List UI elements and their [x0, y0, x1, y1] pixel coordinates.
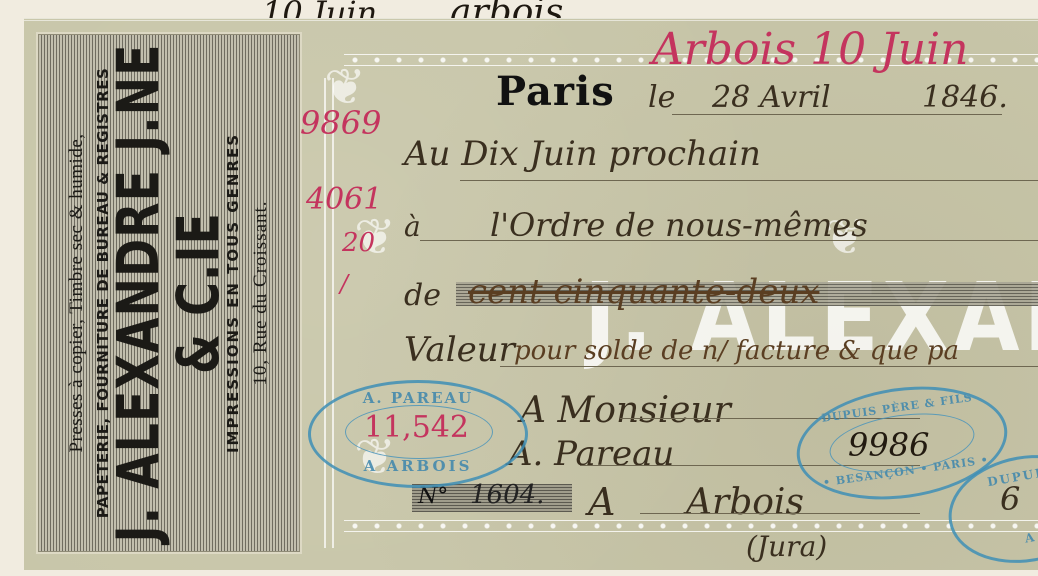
addressee-salutation: A Monsieur: [520, 390, 731, 431]
city-heading: Paris: [496, 68, 615, 115]
order-rule: [420, 240, 1038, 241]
date-value: 28 Avril: [712, 80, 831, 115]
margin-number-2: 4061: [306, 182, 382, 217]
margin-number-3: 20: [342, 228, 375, 258]
margin-number-4: /: [340, 270, 348, 298]
addressee-city-prefix: A: [588, 480, 615, 524]
pareau-stamp-handwritten: 11,542: [364, 410, 469, 445]
city-rule: [640, 513, 920, 514]
amount-in-words: cent cinquante-deux: [468, 272, 819, 312]
partial-stamp-bottom-text: A: [956, 518, 1038, 558]
pareau-stamp-top-text: A. PAREAU: [311, 389, 525, 407]
left-vertical-rule-2: [332, 78, 334, 548]
order-line: l'Ordre de nous-mêmes: [490, 206, 868, 244]
addressee-name: A. Pareau: [508, 434, 674, 474]
due-date-line: Au Dix Juin prochain: [404, 134, 761, 174]
value-rule: [500, 366, 1038, 367]
pareau-stamp-bottom-text: A ARBOIS: [311, 457, 525, 475]
date-year: 1846.: [922, 80, 1008, 115]
panel-address: 10, Rue du Croissant.: [250, 200, 272, 385]
dupuis-stamp-handwritten: 9986: [848, 426, 929, 464]
panel-line-presses: Presses à copier, Timbre sec & humide,: [66, 133, 88, 452]
date-rule: [672, 114, 1002, 115]
number-value: 1604.: [470, 480, 544, 510]
value-prefix: Valeur: [404, 330, 515, 370]
printer-panel: Presses à copier, Timbre sec & humide, P…: [36, 32, 302, 554]
order-prefix: à: [404, 210, 421, 243]
addressee-city: Arbois: [686, 482, 804, 523]
panel-company-name: J. ALEXANDRE J.NE & C.IE: [108, 43, 229, 543]
date-prefix: le: [648, 80, 675, 115]
addressee-region: (Jura): [746, 530, 827, 563]
left-vertical-rule: [324, 78, 326, 548]
due-date-rule: [460, 180, 1038, 181]
red-annotation: Arbois 10 Juin: [652, 24, 968, 75]
printer-panel-text: Presses à copier, Timbre sec & humide, P…: [49, 43, 289, 543]
margin-number-1: 9869: [300, 104, 381, 142]
value-description: pour solde de n/ facture & que pa: [514, 336, 959, 366]
amount-prefix: de: [404, 278, 441, 313]
